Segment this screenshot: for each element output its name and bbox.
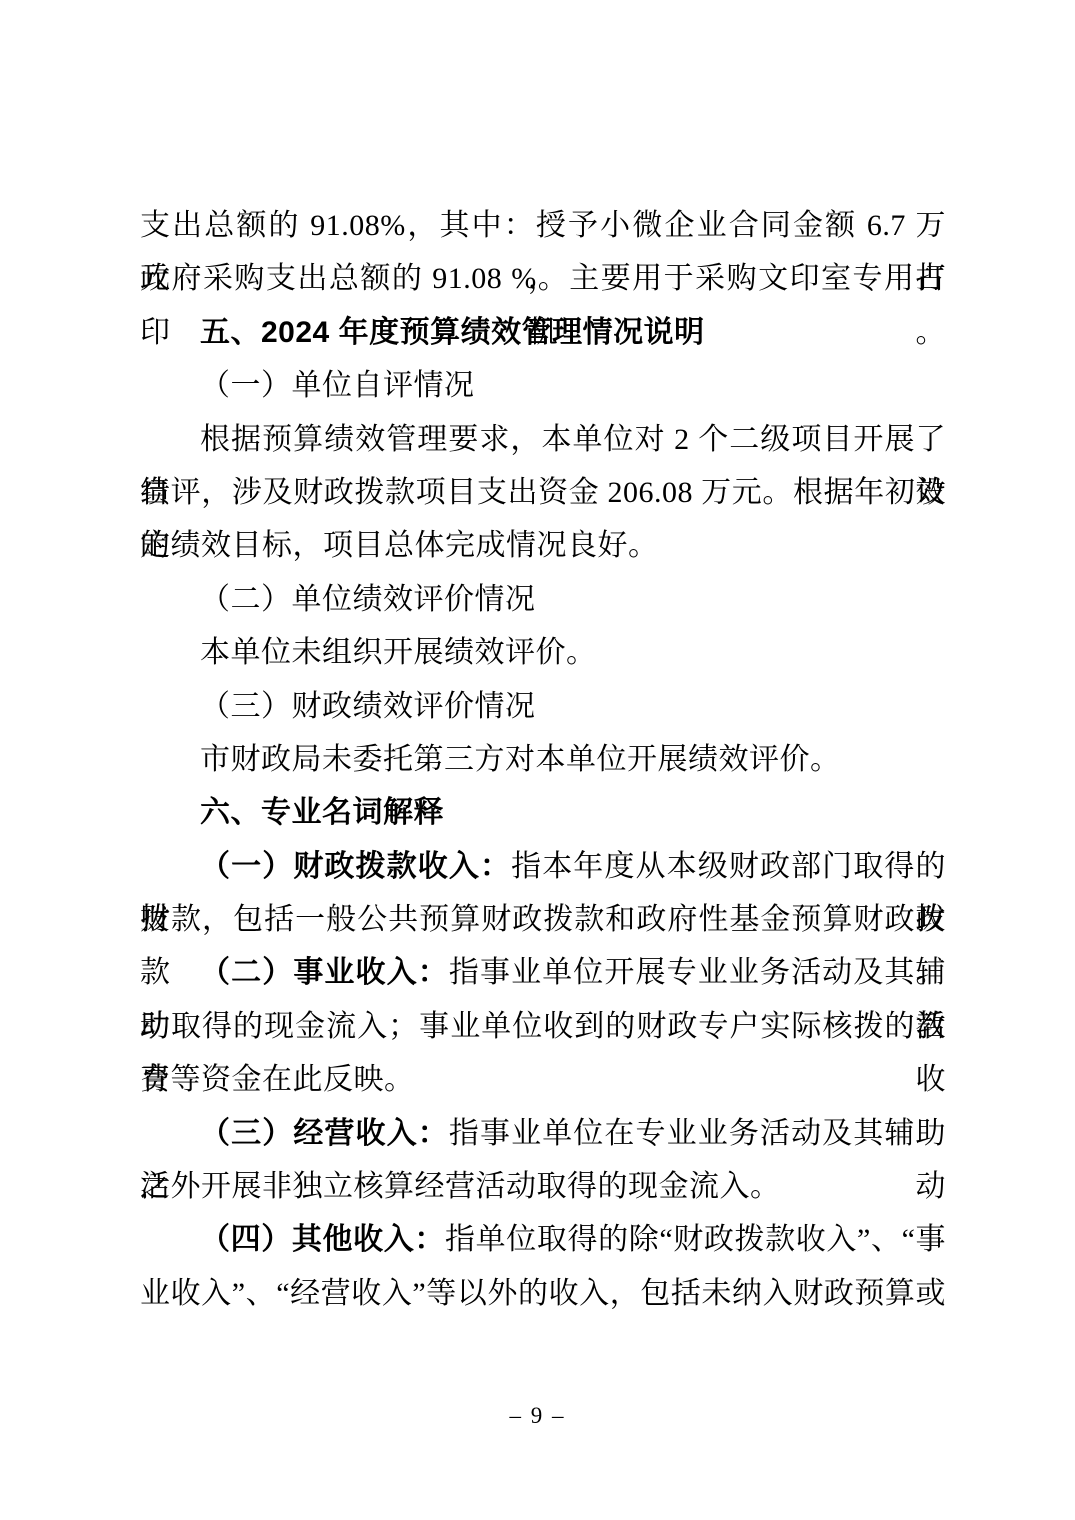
definition-line-other-income: 业收入”、“经营收入”等以外的收入，包括未纳入财政预算或 [140, 1267, 946, 1320]
subsection-heading-fiscal-performance-evaluation: （三）财政绩效评价情况 [140, 680, 946, 733]
procurement-paragraph-line: 政府采购支出总额的 91.08 %。主要用于采购文印室专用打印机。 [140, 252, 946, 305]
fiscal-performance-paragraph-line: 市财政局未委托第三方对本单位开展绩效评价。 [140, 733, 946, 786]
definition-line-fiscal-appropriation-income: （一）财政拨款收入：指本年度从本级财政部门取得的财政 [140, 840, 946, 893]
definition-term: （三）经营收入： [200, 1117, 449, 1150]
definition-line-institutional-income: 动取得的现金流入；事业单位收到的财政专户实际核拨的教育收 [140, 1000, 946, 1053]
definition-term: （二）事业收入： [200, 956, 449, 989]
subsection-heading-unit-performance-evaluation: （二）单位绩效评价情况 [140, 573, 946, 626]
page-number: – 9 – [0, 1401, 1075, 1431]
section-6-heading: 六、专业名词解释 [140, 786, 946, 839]
document-page: 支出总额的 91.08%，其中：授予小微企业合同金额 6.7 万元，占 政府采购… [0, 0, 1075, 1520]
subsection-heading-self-evaluation: （一）单位自评情况 [140, 359, 946, 412]
self-evaluation-paragraph-line: 根据预算绩效管理要求，本单位对 2 个二级项目开展了绩效 [140, 413, 946, 466]
unit-performance-paragraph-line: 本单位未组织开展绩效评价。 [140, 626, 946, 679]
procurement-paragraph-line: 支出总额的 91.08%，其中：授予小微企业合同金额 6.7 万元，占 [140, 199, 946, 252]
definition-term: （四）其他收入： [200, 1223, 445, 1256]
definition-line-other-income: （四）其他收入：指单位取得的除“财政拨款收入”、“事 [140, 1213, 946, 1266]
definition-line-fiscal-appropriation-income: 拨款，包括一般公共预算财政拨款和政府性基金预算财政拨款。 [140, 893, 946, 946]
self-evaluation-paragraph-line: 的绩效目标，项目总体完成情况良好。 [140, 519, 946, 572]
definition-line-institutional-income: （二）事业收入：指事业单位开展专业业务活动及其辅助活 [140, 946, 946, 999]
definition-line-operating-income: （三）经营收入：指事业单位在专业业务活动及其辅助活动 [140, 1107, 946, 1160]
definition-text: 指单位取得的除“财政拨款收入”、“事 [445, 1223, 946, 1256]
self-evaluation-paragraph-line: 自评，涉及财政拨款项目支出资金 206.08 万元。根据年初设定 [140, 466, 946, 519]
document-content: 支出总额的 91.08%，其中：授予小微企业合同金额 6.7 万元，占 政府采购… [140, 199, 946, 1320]
definition-term: （一）财政拨款收入： [200, 850, 511, 883]
